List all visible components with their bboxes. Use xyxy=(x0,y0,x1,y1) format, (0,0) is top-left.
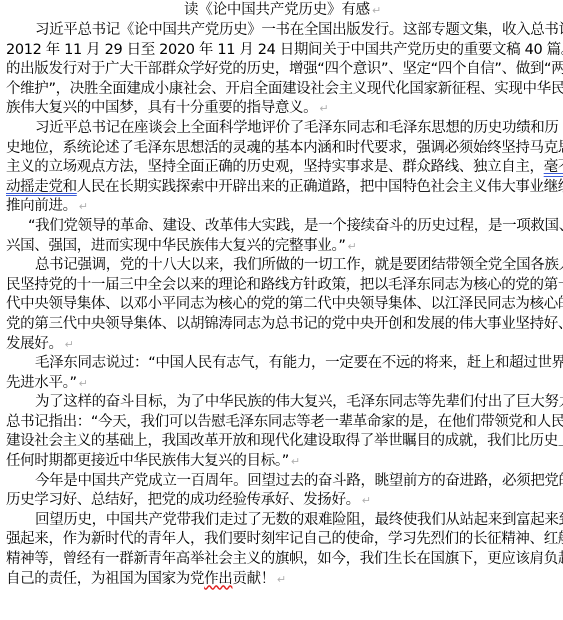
text-line: 族伟大复兴的中国梦，具有十分重要的指导意义。↵ xyxy=(6,99,559,119)
text-line: 精神等，曾经有一群新青年高举社会主义的旗帜，如今，我们生长在国旗下，更应该肩负起 xyxy=(6,550,559,570)
text-line: 动摇走党和人民在长期实践探索中开辟出来的正确道路，把中国特色社会主义伟大事业继续 xyxy=(6,178,559,198)
document-title: 读《论中国共产党历史》有感↵ xyxy=(6,0,559,21)
text-line: 史地位，系统论述了毛泽东思想活的灵魂的基本内涵和时代要求，强调必须始终坚持马克思 xyxy=(6,139,559,159)
text-line: 民坚持党的十一届三中全会以来的理论和路线方针政策，把以毛泽东同志为核心的党的第一 xyxy=(6,276,559,296)
document-page[interactable]: 读《论中国共产党历史》有感↵ 习近平总书记《论中国共产党历史》一书在全国出版发行… xyxy=(0,0,563,620)
paragraph-1[interactable]: 习近平总书记《论中国共产党历史》一书在全国出版发行。这部专题文集，收入总书记 2… xyxy=(6,21,559,119)
paragraph-mark-icon: ↵ xyxy=(372,4,381,17)
paragraph-mark-icon: ↵ xyxy=(362,494,371,507)
text-segment: 推向前进。 xyxy=(6,198,77,214)
text-line: 历史学习好、总结好，把党的成功经验传承好、发扬好。↵ xyxy=(6,491,559,511)
text-line: 党的第三代中央领导集体、以胡锦涛同志为总书记的党中央开创和发展的伟大事业坚持好、 xyxy=(6,315,559,335)
text-line: 回望历史，中国共产党带我们走过了无数的艰难险阻，最终使我们从站起来到富起来到 xyxy=(6,511,559,531)
text-line: 为了这样的奋斗目标，为了中华民族的伟大复兴，毛泽东同志等先辈们付出了巨大努力， xyxy=(6,393,559,413)
text-line: 习近平总书记在座谈会上全面科学地评价了毛泽东同志和毛泽东思想的历史功绩和历 xyxy=(6,119,559,139)
text-segment: 族伟大复兴的中国梦，具有十分重要的指导意义。 xyxy=(6,100,317,116)
paragraph-6[interactable]: 为了这样的奋斗目标，为了中华民族的伟大复兴，毛泽东同志等先辈们付出了巨大努力， … xyxy=(6,393,559,471)
text-line: 的出版发行对于广大干部群众学好党的历史，增强“四个意识”、坚定“四个自信”、做到… xyxy=(6,60,559,80)
text-segment: 发展好。 xyxy=(6,336,63,352)
paragraph-4[interactable]: 总书记强调，党的十八大以来，我们所做的一切工作，就是要团结带领全党全国各族人 民… xyxy=(6,256,559,354)
text-line: 代中央领导集体、以邓小平同志为核心的党的第二代中央领导集体、以江泽民同志为核心的 xyxy=(6,295,559,315)
paragraph-5[interactable]: 毛泽东同志说过：“中国人民有志气，有能力，一定要在不远的将来，赶上和超过世界 先… xyxy=(6,354,559,393)
text-segment: 贡献！ xyxy=(232,571,274,587)
text-line: “我们党领导的革命、建设、改革伟大实践，是一个接续奋斗的历史过程，是一项救国、 xyxy=(6,217,559,237)
text-line: 毛泽东同志说过：“中国人民有志气，有能力，一定要在不远的将来，赶上和超过世界 xyxy=(6,354,559,374)
paragraph-7[interactable]: 今年是中国共产党成立一百周年。回望过去的奋斗路，眺望前方的奋进路，必须把党的 历… xyxy=(6,472,559,511)
text-line: 任何时期都更接近中华民族伟大复兴的目标。”↵ xyxy=(6,452,559,472)
grammar-flag[interactable]: 毫不 xyxy=(544,159,563,175)
text-segment: 人民在长期实践探索中开辟出来的正确道路，把中国特色社会主义伟大事业继续 xyxy=(77,179,563,195)
paragraph-mark-icon: ↵ xyxy=(65,338,74,351)
text-line: 习近平总书记《论中国共产党历史》一书在全国出版发行。这部专题文集，收入总书记 xyxy=(6,21,559,41)
paragraph-mark-icon: ↵ xyxy=(319,102,328,115)
paragraph-3[interactable]: “我们党领导的革命、建设、改革伟大实践，是一个接续奋斗的历史过程，是一项救国、 … xyxy=(6,217,559,256)
paragraph-mark-icon: ↵ xyxy=(348,240,357,253)
paragraph-2[interactable]: 习近平总书记在座谈会上全面科学地评价了毛泽东同志和毛泽东思想的历史功绩和历 史地… xyxy=(6,119,559,217)
text-line: 总书记指出：“今天，我们可以告慰毛泽东同志等老一辈革命家的是，在他们带领党和人民 xyxy=(6,413,559,433)
paragraph-mark-icon: ↵ xyxy=(277,573,286,586)
text-line: 自己的责任，为祖国为国家为党作出贡献！↵ xyxy=(6,570,559,590)
text-segment: 任何时期都更接近中华民族伟大复兴的目标。” xyxy=(6,453,289,469)
paragraph-mark-icon: ↵ xyxy=(79,377,88,390)
paragraph-8[interactable]: 回望历史，中国共产党带我们走过了无数的艰难险阻，最终使我们从站起来到富起来到 强… xyxy=(6,511,559,589)
text-segment: 先进水平。” xyxy=(6,375,77,391)
text-line: 先进水平。”↵ xyxy=(6,374,559,394)
text-line: 兴国、强国，进而实现中华民族伟大复兴的完整事业。”↵ xyxy=(6,237,559,257)
spelling-flag[interactable]: 作出 xyxy=(204,571,232,587)
text-segment: 主义的立场观点方法，坚持全面正确的历史观，坚持实事求是、群众路线、独立自主， xyxy=(6,159,544,175)
text-segment: 自己的责任，为祖国为国家为党 xyxy=(6,571,204,587)
text-line: 总书记强调，党的十八大以来，我们所做的一切工作，就是要团结带领全党全国各族人 xyxy=(6,256,559,276)
text-line: 2012 年 11 月 29 日至 2020 年 11 月 24 日期间关于中国… xyxy=(6,41,559,61)
paragraph-mark-icon: ↵ xyxy=(291,455,300,468)
text-line: 主义的立场观点方法，坚持全面正确的历史观，坚持实事求是、群众路线、独立自主，毫不 xyxy=(6,158,559,178)
text-line: 发展好。↵ xyxy=(6,335,559,355)
title-text: 读《论中国共产党历史》有感 xyxy=(184,2,370,18)
text-line: 强起来，作为新时代的青年人，我们要时刻牢记自己的使命，学习先烈们的长征精神、红船 xyxy=(6,530,559,550)
text-line: 今年是中国共产党成立一百周年。回望过去的奋斗路，眺望前方的奋进路，必须把党的 xyxy=(6,472,559,492)
text-segment: 兴国、强国，进而实现中华民族伟大复兴的完整事业。” xyxy=(6,238,346,254)
text-line: 建设社会主义的基础上，我国改革开放和现代化建设取得了举世瞩目的成就，我们比历史上 xyxy=(6,432,559,452)
grammar-flag[interactable]: 动摇走党和 xyxy=(6,179,77,195)
text-line: 个维护”，决胜全面建成小康社会、开启全面建设社会主义现代化国家新征程、实现中华民 xyxy=(6,80,559,100)
paragraph-mark-icon: ↵ xyxy=(79,200,88,213)
text-segment: 历史学习好、总结好，把党的成功经验传承好、发扬好。 xyxy=(6,492,360,508)
text-line: 推向前进。↵ xyxy=(6,197,559,217)
